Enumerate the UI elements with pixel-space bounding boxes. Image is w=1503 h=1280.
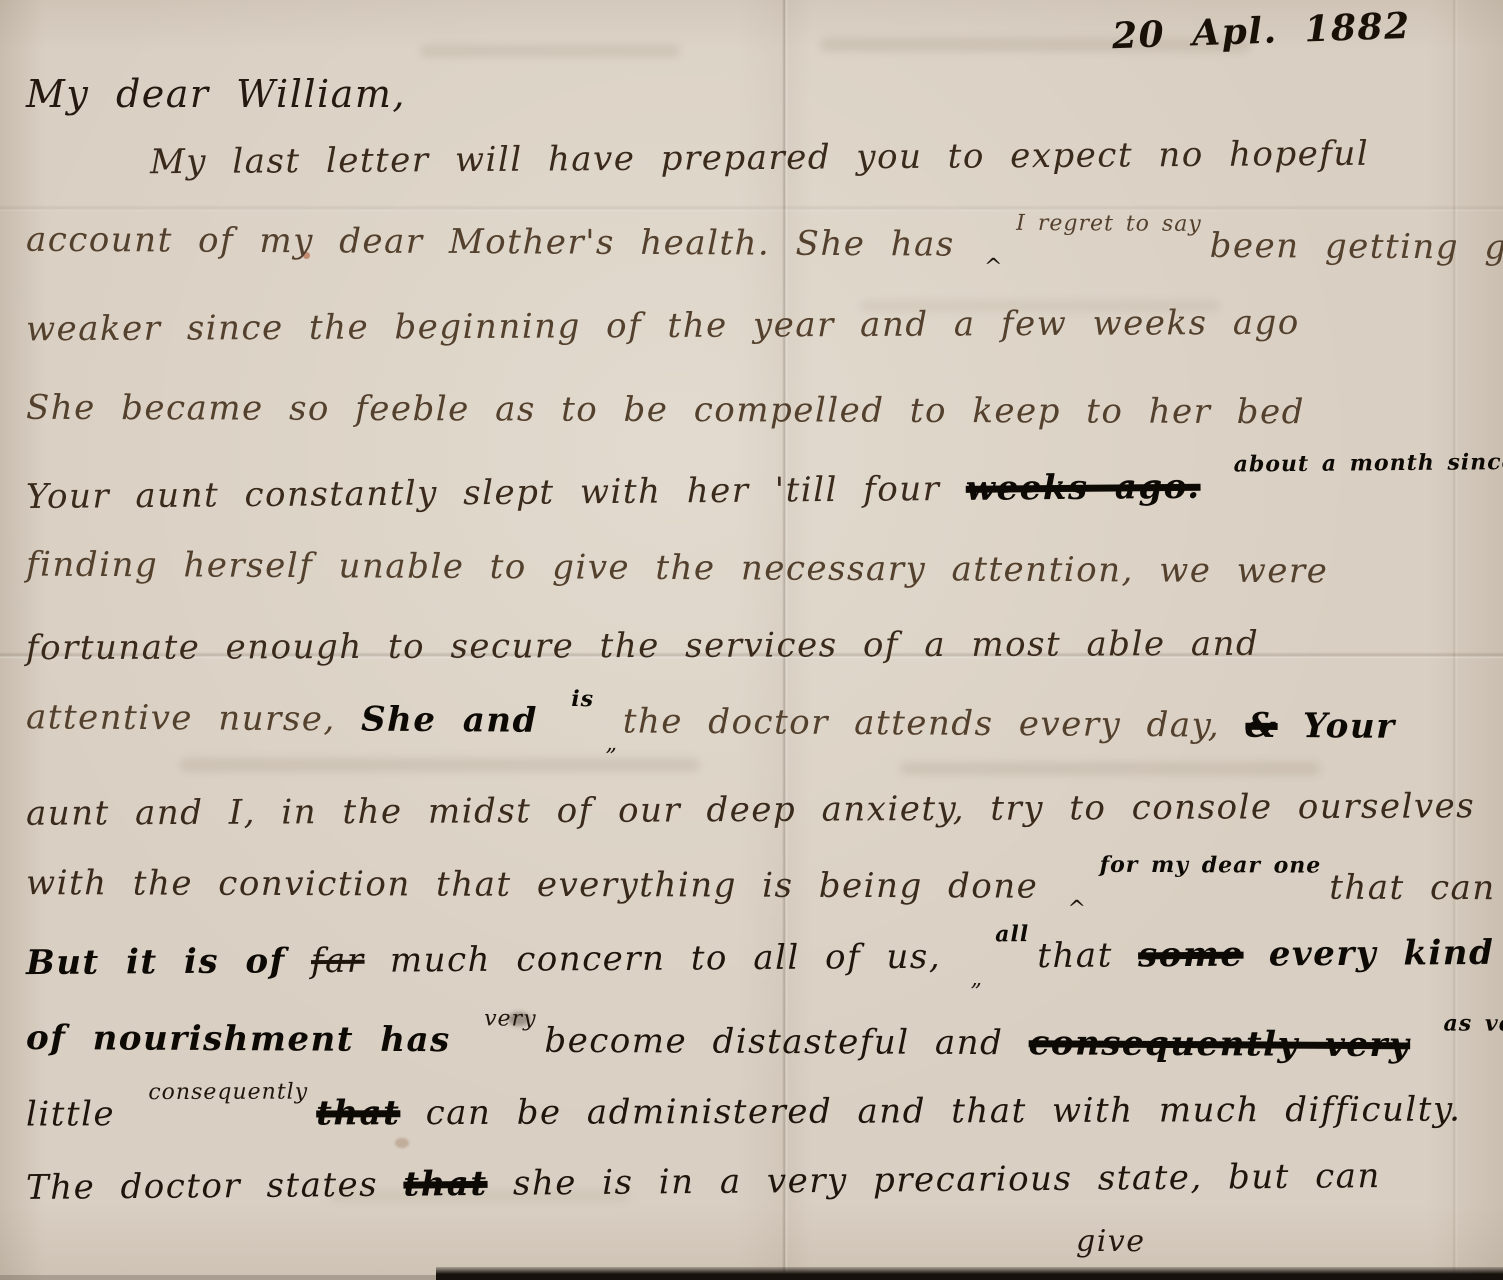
line-text: she is in a very precarious state, but c… [513, 1156, 1381, 1204]
page-bottom-edge [436, 1267, 1503, 1280]
show-through-streak [180, 758, 700, 772]
struck-word: far [311, 941, 365, 981]
letter-line: attentive nurse, She and is„the doctor a… [26, 697, 1396, 747]
interlinear-insertion: is [571, 686, 594, 712]
show-through-streak [900, 762, 1320, 775]
line-text: The doctor states [26, 1165, 378, 1208]
line-text: that [1037, 936, 1113, 977]
line-text: the doctor attends every day, [623, 701, 1221, 745]
struck-word: that [403, 1164, 488, 1205]
line-text: weaker since the beginning of the year a… [26, 303, 1300, 350]
line-text: But it is of [26, 941, 286, 983]
line-text: little [26, 1094, 115, 1134]
interlinear-insertion: I regret to say [1016, 211, 1202, 237]
line-text: been getting gradually [1210, 226, 1503, 268]
interlinear-insertion: for my dear one [1100, 852, 1322, 879]
line-text: My last letter will have prepared you to… [150, 134, 1369, 183]
struck-word: some [1138, 935, 1244, 976]
line-text: attentive nurse, [26, 697, 336, 739]
letter-line: fortunate enough to secure the services … [26, 624, 1259, 668]
struck-word: weeks ago. [966, 467, 1201, 509]
line-text: Your [1303, 706, 1396, 747]
line-text: finding herself unable to give the neces… [26, 545, 1328, 592]
catchword: give [1076, 1224, 1146, 1259]
line-text: much concern to all of us, [390, 937, 941, 981]
letter-line: Your aunt constantly slept with her 'til… [26, 463, 1503, 517]
letter-line: of nourishment has verybecome distastefu… [26, 1018, 1503, 1066]
stain [395, 1138, 409, 1148]
line-text: fortunate enough to secure the services … [26, 624, 1259, 668]
struck-word: that [316, 1093, 400, 1133]
letter-line: She became so feeble as to be compelled … [26, 388, 1305, 432]
letter-line: But it is of far much concern to all of … [26, 933, 1495, 983]
interlinear-insertion: about a month since [1234, 449, 1503, 477]
fold-crease-vertical-right [1452, 0, 1458, 1280]
caret-mark: „ [970, 966, 983, 991]
struck-word: & [1245, 706, 1277, 746]
line-text: that can be done, [1329, 868, 1503, 909]
letter-line: finding herself unable to give the neces… [26, 545, 1328, 592]
line-text: of nourishment has [26, 1018, 451, 1060]
interlinear-insertion: as very [1444, 1010, 1503, 1037]
caret-mark: ^ [1068, 897, 1088, 922]
interlinear-insertion: very [484, 1006, 537, 1031]
line-text: can be administered and that with much d… [426, 1089, 1462, 1133]
line-text: every kind [1269, 933, 1495, 975]
fold-crease-horizontal-upper [0, 205, 1503, 212]
page-bottom-edge [0, 1275, 436, 1280]
line-text: account of my dear Mother's health. She … [26, 220, 955, 265]
line-text: become distasteful and [544, 1021, 1003, 1063]
letter-line: account of my dear Mother's health. She … [26, 220, 1503, 269]
line-text: with the conviction that everything is b… [26, 863, 1038, 907]
line-text: She became so feeble as to be compelled … [26, 388, 1305, 432]
interlinear-insertion: all [995, 921, 1029, 947]
line-text: aunt and I, in the midst of our deep anx… [26, 786, 1475, 834]
struck-word: consequently very [1029, 1023, 1411, 1065]
letter-date: 20 Apl. 1882 [1111, 5, 1411, 57]
letter-page: 20 Apl. 1882 My dear William, My last le… [0, 0, 1503, 1280]
salutation: My dear William, [26, 72, 406, 116]
letter-line: with the conviction that everything is b… [26, 863, 1503, 909]
letter-line: aunt and I, in the midst of our deep anx… [26, 786, 1475, 834]
letter-line: little consequentlythat can be administe… [26, 1089, 1462, 1134]
caret-mark: ^ [984, 255, 1004, 280]
interlinear-insertion: consequently [148, 1080, 308, 1106]
letter-line: My last letter will have prepared you to… [150, 134, 1369, 183]
letter-line: The doctor states that she is in a very … [26, 1156, 1381, 1208]
caret-mark: „ [606, 731, 619, 756]
line-text: She and [361, 700, 538, 741]
letter-line: weaker since the beginning of the year a… [26, 303, 1300, 350]
show-through-streak [420, 45, 680, 57]
line-text: Your aunt constantly slept with her 'til… [26, 469, 941, 517]
